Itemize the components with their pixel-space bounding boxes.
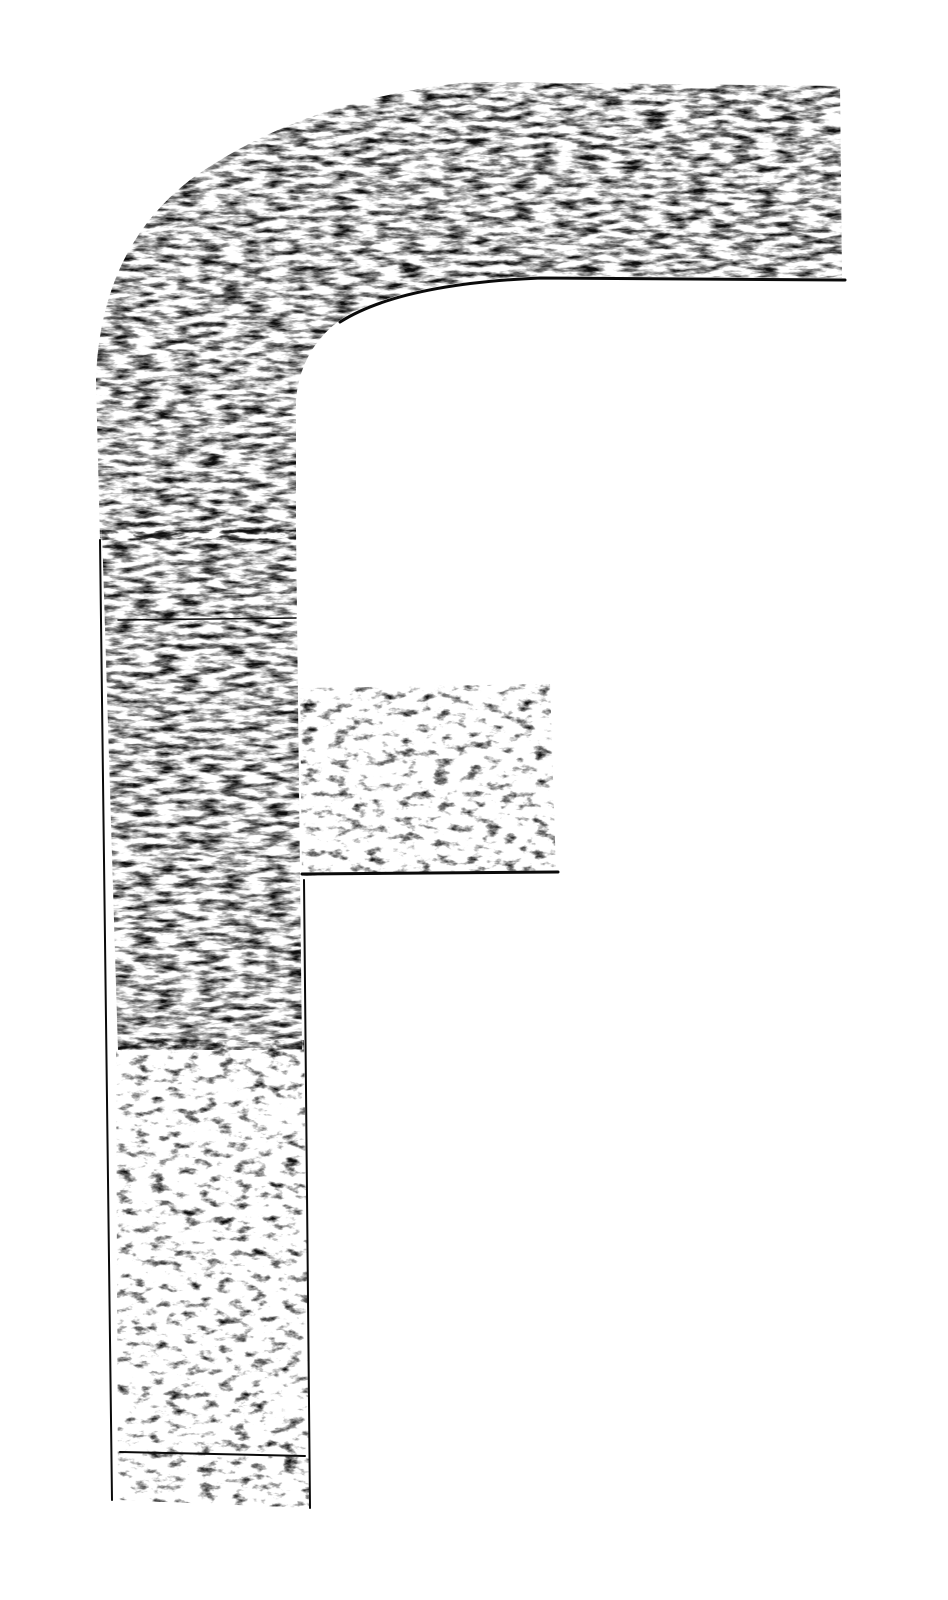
- letter-f-top-arm: [96, 82, 842, 540]
- letter-f-stem-low: [116, 1040, 310, 1508]
- letter-f-crossbar: [300, 684, 556, 876]
- letter-f-stem-mid: [102, 530, 302, 1050]
- letter-f-print: [0, 0, 948, 1600]
